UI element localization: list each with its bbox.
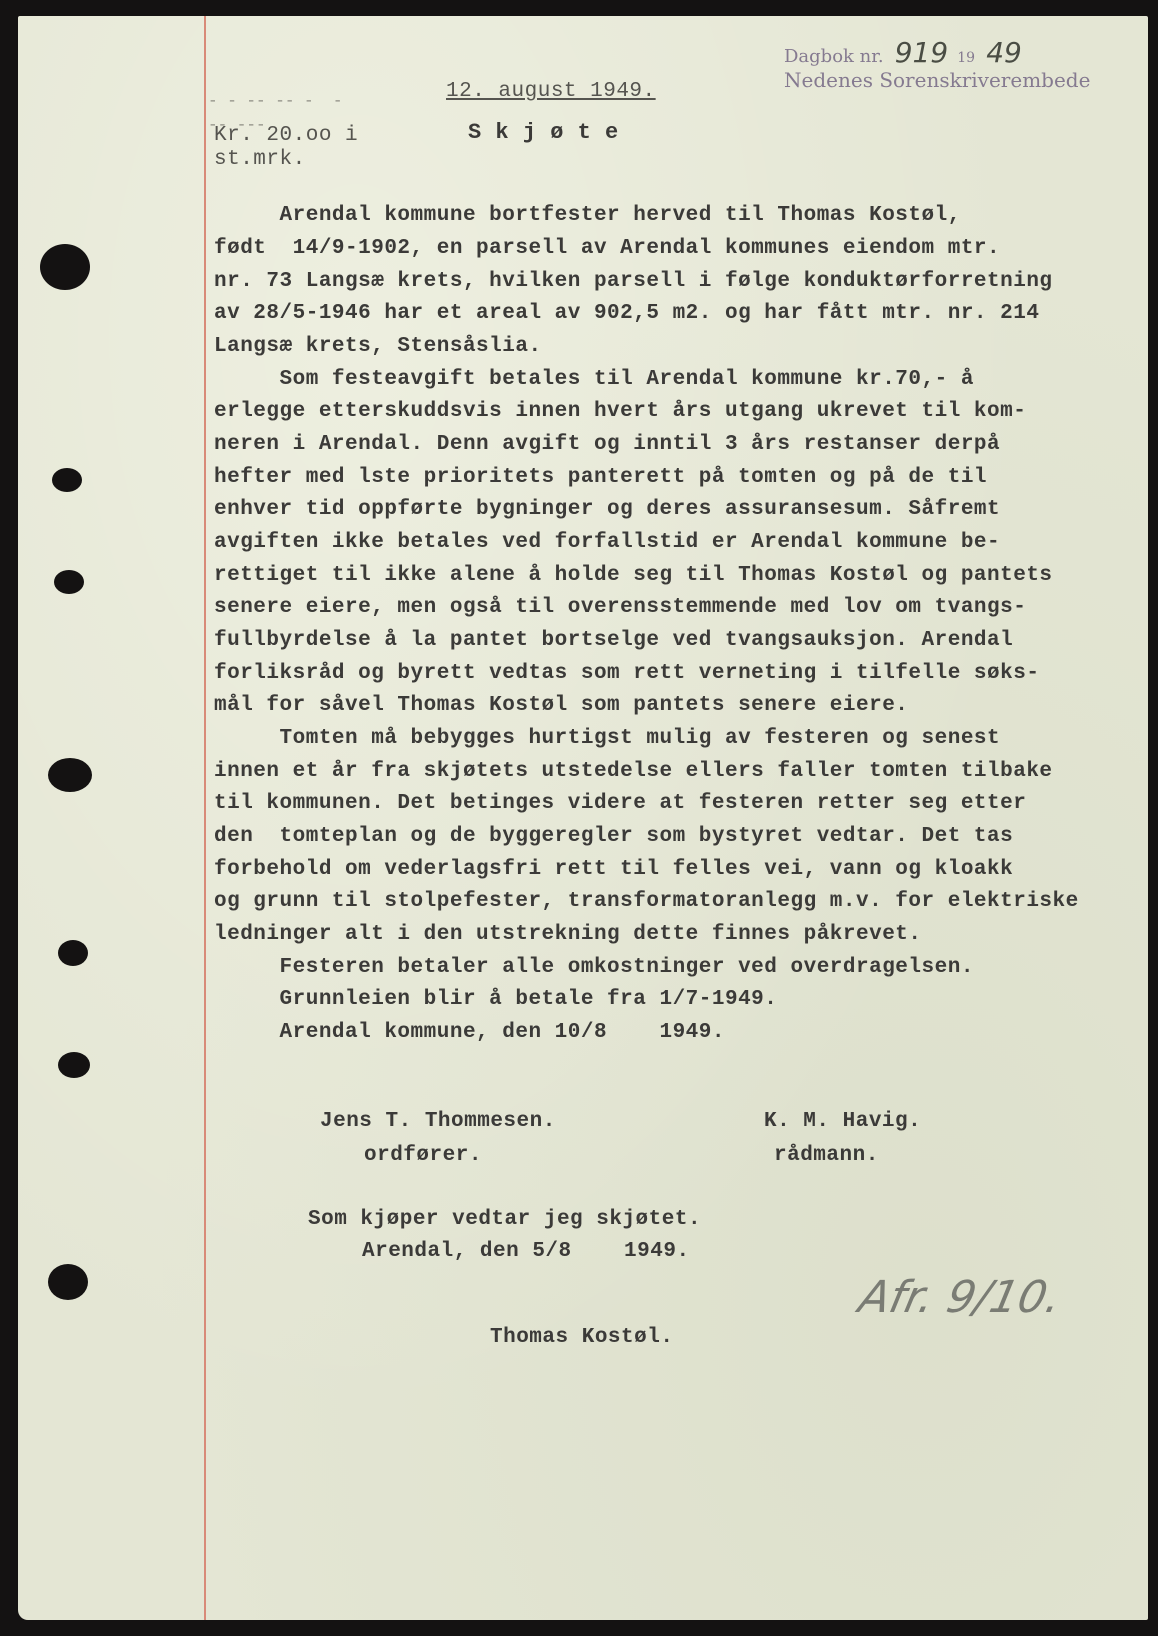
body-line: hefter med lste prioritets panterett på … — [214, 466, 987, 489]
body-line: Festeren betaler alle omkostninger ved o… — [214, 956, 974, 979]
body-line: rettiget til ikke alene å holde seg til … — [214, 564, 1053, 587]
buyer-acceptance: Som kjøper vedtar jeg skjøtet. — [308, 1208, 701, 1231]
dagbok-number: 919 — [895, 36, 948, 69]
stamp-fee-line1: Kr. 20.oo i — [214, 124, 358, 147]
body-line: Tomten må bebygges hurtigst mulig av fes… — [214, 727, 1000, 750]
dagbok-year: 49 — [986, 36, 1022, 69]
signature-right-name: K. M. Havig. — [764, 1110, 921, 1133]
body-line: forliksråd og byrett vedtas som rett ver… — [214, 662, 1039, 685]
dagbok-century: 19 — [957, 50, 975, 66]
body-line: født 14/9-1902, en parsell av Arendal ko… — [214, 237, 1000, 260]
office-stamp: Nedenes Sorenskriverembede — [784, 68, 1090, 92]
signature-left-name: Jens T. Thommesen. — [320, 1110, 556, 1133]
punch-hole-icon — [58, 1052, 90, 1078]
body-line: enhver tid oppførte bygninger og deres a… — [214, 498, 1000, 521]
handwritten-note: Afr. 9/10. — [855, 1272, 1066, 1323]
punch-hole-icon — [58, 940, 88, 966]
buyer-place-date: Arendal, den 5/8 1949. — [362, 1240, 690, 1263]
punch-hole-icon — [52, 468, 82, 492]
dagbok-stamp: Dagbok nr. 919 19 49 — [784, 36, 1144, 69]
faded-dashes: - - -- -- - - — [208, 92, 342, 110]
document-page: Dagbok nr. 919 19 49 Nedenes Sorenskrive… — [18, 16, 1148, 1620]
body-line: avgiften ikke betales ved forfallstid er… — [214, 531, 1000, 554]
signature-left-title: ordfører. — [364, 1144, 482, 1167]
body-line: Grunnleien blir å betale fra 1/7-1949. — [214, 988, 777, 1011]
margin-line — [204, 16, 206, 1620]
body-line: nr. 73 Langsæ krets, hvilken parsell i f… — [214, 270, 1053, 293]
punch-hole-icon — [48, 758, 92, 792]
body-line: Som festeavgift betales til Arendal komm… — [214, 368, 974, 391]
body-line: av 28/5-1946 har et areal av 902,5 m2. o… — [214, 302, 1039, 325]
body-line: innen et år fra skjøtets utstedelse elle… — [214, 760, 1053, 783]
body-line: og grunn til stolpefester, transformator… — [214, 890, 1079, 913]
buyer-name: Thomas Kostøl. — [490, 1326, 673, 1349]
body-line: den tomteplan og de byggeregler som byst… — [214, 825, 1013, 848]
body-line: ledninger alt i den utstrekning dette fi… — [214, 923, 922, 946]
body-line: forbehold om vederlagsfri rett til felle… — [214, 858, 1013, 881]
document-title: S k j ø t e — [468, 120, 619, 145]
punch-hole-icon — [54, 570, 84, 594]
body-line: Arendal kommune, den 10/8 1949. — [214, 1021, 725, 1044]
body-line: til kommunen. Det betinges videre at fes… — [214, 792, 1026, 815]
punch-hole-icon — [48, 1264, 88, 1300]
signature-right-title: rådmann. — [774, 1144, 879, 1167]
dagbok-label: Dagbok nr. — [784, 46, 884, 67]
body-line: Arendal kommune bortfester herved til Th… — [214, 204, 961, 227]
body-line: neren i Arendal. Denn avgift og inntil 3… — [214, 433, 1000, 456]
punch-hole-icon — [40, 244, 90, 290]
document-date: 12. august 1949. — [446, 80, 656, 103]
stamp-fee-line2: st.mrk. — [214, 148, 306, 171]
body-line: Langsæ krets, Stensåslia. — [214, 335, 542, 358]
body-line: erlegge etterskuddsvis innen hvert års u… — [214, 400, 1026, 423]
body-line: mål for såvel Thomas Kostøl som pantets … — [214, 694, 908, 717]
body-line: fullbyrdelse å la pantet bortselge ved t… — [214, 629, 1013, 652]
body-line: senere eiere, men også til overensstemme… — [214, 596, 1026, 619]
